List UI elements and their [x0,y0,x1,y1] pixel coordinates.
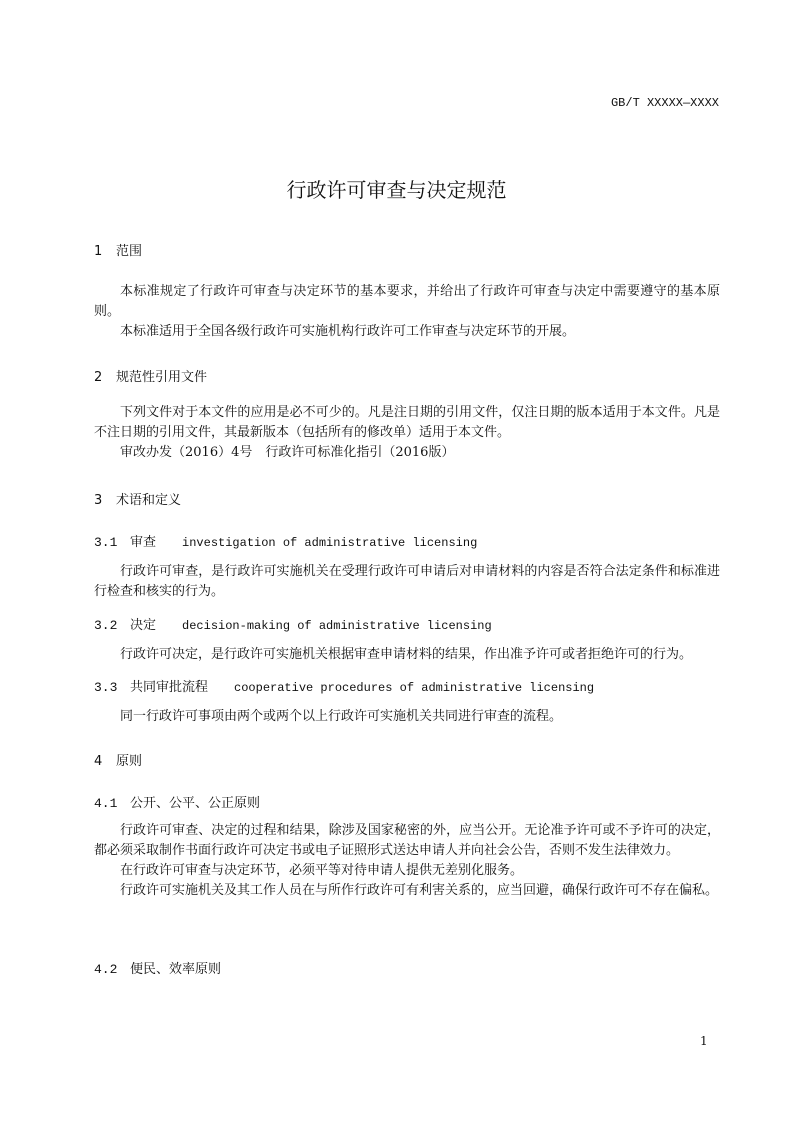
subsection-3-1-body: 行政许可审查，是行政许可实施机关在受理行政许可申请后对申请材料的内容是否符合法定… [94,562,720,602]
subsection-heading-3-3: 3.3共同审批流程cooperative procedures of admin… [94,676,594,695]
section-2-body: 下列文件对于本文件的应用是必不可少的。凡是注日期的引用文件，仅注日期的版本适用于… [94,403,720,463]
section-heading-4: 4原则 [94,750,142,769]
document-title: 行政许可审查与决定规范 [0,174,793,203]
standard-code: GB/T XXXXX—XXXX [611,96,719,110]
page-number: 1 [700,1034,708,1048]
section-heading-3: 3术语和定义 [94,489,181,508]
subsection-heading-4-1: 4.1公开、公平、公正原则 [94,792,260,811]
subsection-3-2-body: 行政许可决定，是行政许可实施机关根据审查申请材料的结果，作出准予许可或者拒绝许可… [94,645,720,665]
subsection-4-1-body: 行政许可审查、决定的过程和结果，除涉及国家秘密的外，应当公开。无论准予许可或不予… [94,821,720,901]
section-heading-1: 1范围 [94,240,142,259]
subsection-heading-4-2: 4.2便民、效率原则 [94,958,221,977]
subsection-heading-3-2: 3.2决定decision-making of administrative l… [94,614,492,633]
subsection-heading-3-1: 3.1审查investigation of administrative lic… [94,531,477,550]
section-heading-2: 2规范性引用文件 [94,366,207,385]
subsection-3-3-body: 同一行政许可事项由两个或两个以上行政许可实施机关共同进行审查的流程。 [94,707,720,727]
section-1-body: 本标准规定了行政许可审查与决定环节的基本要求，并给出了行政许可审查与决定中需要遵… [94,282,720,342]
